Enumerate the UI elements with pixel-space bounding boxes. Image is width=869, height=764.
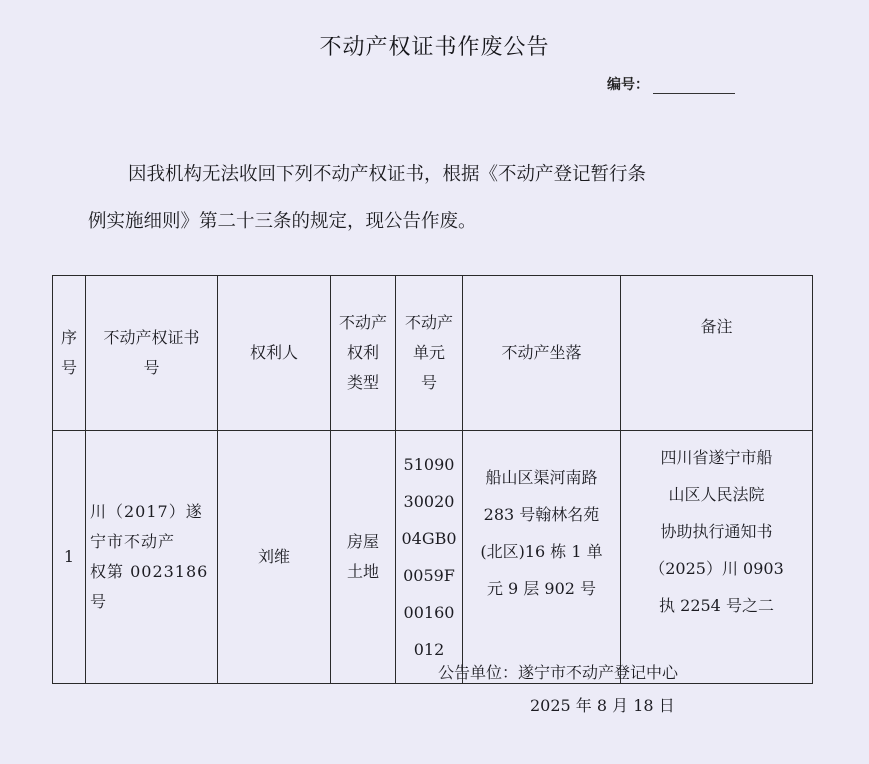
header-text: 不动产权证书 [86,323,217,353]
header-unit-no: 不动产 单元 号 [396,276,463,431]
cell-text: 宁市不动产 [90,527,217,557]
cell-text: 山区人民法院 [621,476,812,513]
table-header-row: 序 号 不动产权证书 号 权利人 不动产 权利 类型 不动产 单元 号 不动产坐… [53,276,813,431]
header-text: 权利人 [218,338,330,368]
cell-text: 权第 0023186 [90,557,217,587]
page-title: 不动产权证书作废公告 [0,30,869,61]
cell-text: 土地 [331,557,395,587]
issuer-signature: 公告单位：遂宁市不动产登记中心 [438,660,678,683]
cell-text: 船山区渠河南路 [463,459,620,496]
header-index: 序 号 [53,276,86,431]
cell-text: （2025）川 0903 [621,550,812,587]
cell-text: 号 [90,587,217,617]
cell-text: 0059F [396,557,462,594]
header-location: 不动产坐落 [463,276,621,431]
cell-text: 四川省遂宁市船 [621,439,812,476]
header-text: 单元 [396,338,462,368]
header-text: 权利 [331,338,395,368]
cell-index: 1 [53,431,86,684]
cell-text: 04GB0 [396,520,462,557]
header-text: 不动产 [331,308,395,338]
cell-right-type: 房屋 土地 [331,431,396,684]
body-paragraph-line-1: 因我机构无法收回下列不动产权证书，根据《不动产登记暂行条 [128,160,646,186]
header-text: 不动产 [396,308,462,338]
header-certificate-no: 不动产权证书 号 [86,276,218,431]
document-number-blank [653,81,735,94]
header-text: 备注 [621,312,812,342]
table-row: 1 川（2017）遂 宁市不动产 权第 0023186 号 刘维 房屋 土地 5… [53,431,813,684]
header-text: 不动产坐落 [463,338,620,368]
header-right-holder: 权利人 [218,276,331,431]
cell-text: 51090 [396,446,462,483]
certificate-table: 序 号 不动产权证书 号 权利人 不动产 权利 类型 不动产 单元 号 不动产坐… [52,275,813,684]
header-remarks: 备注 [621,276,813,431]
cell-text: 00160 [396,594,462,631]
issue-date: 2025 年 8 月 18 日 [530,693,675,716]
header-text: 类型 [331,368,395,398]
document-number: 编号： [607,74,735,94]
cell-text: 30020 [396,483,462,520]
header-text: 号 [86,353,217,383]
cell-right-holder: 刘维 [218,431,331,684]
document-number-label: 编号： [607,77,649,93]
cell-text: 协助执行通知书 [621,513,812,550]
cell-location: 船山区渠河南路 283 号翰林名苑 (北区)16 栋 1 单 元 9 层 902… [463,431,621,684]
header-text: 号 [396,368,462,398]
cell-remarks: 四川省遂宁市船 山区人民法院 协助执行通知书 （2025）川 0903 执 22… [621,431,813,684]
cell-certificate-no: 川（2017）遂 宁市不动产 权第 0023186 号 [86,431,218,684]
body-paragraph-line-2: 例实施细则》第二十三条的规定，现公告作废。 [88,207,477,233]
cell-text: 川（2017）遂 [90,497,217,527]
cell-text: 执 2254 号之二 [621,587,812,624]
header-text: 序 [53,323,85,353]
cell-text: 房屋 [331,527,395,557]
header-right-type: 不动产 权利 类型 [331,276,396,431]
header-text: 号 [53,353,85,383]
cell-text: 元 9 层 902 号 [463,570,620,607]
cell-text: (北区)16 栋 1 单 [463,533,620,570]
cell-text: 283 号翰林名苑 [463,496,620,533]
cell-unit-no: 51090 30020 04GB0 0059F 00160 012 [396,431,463,684]
